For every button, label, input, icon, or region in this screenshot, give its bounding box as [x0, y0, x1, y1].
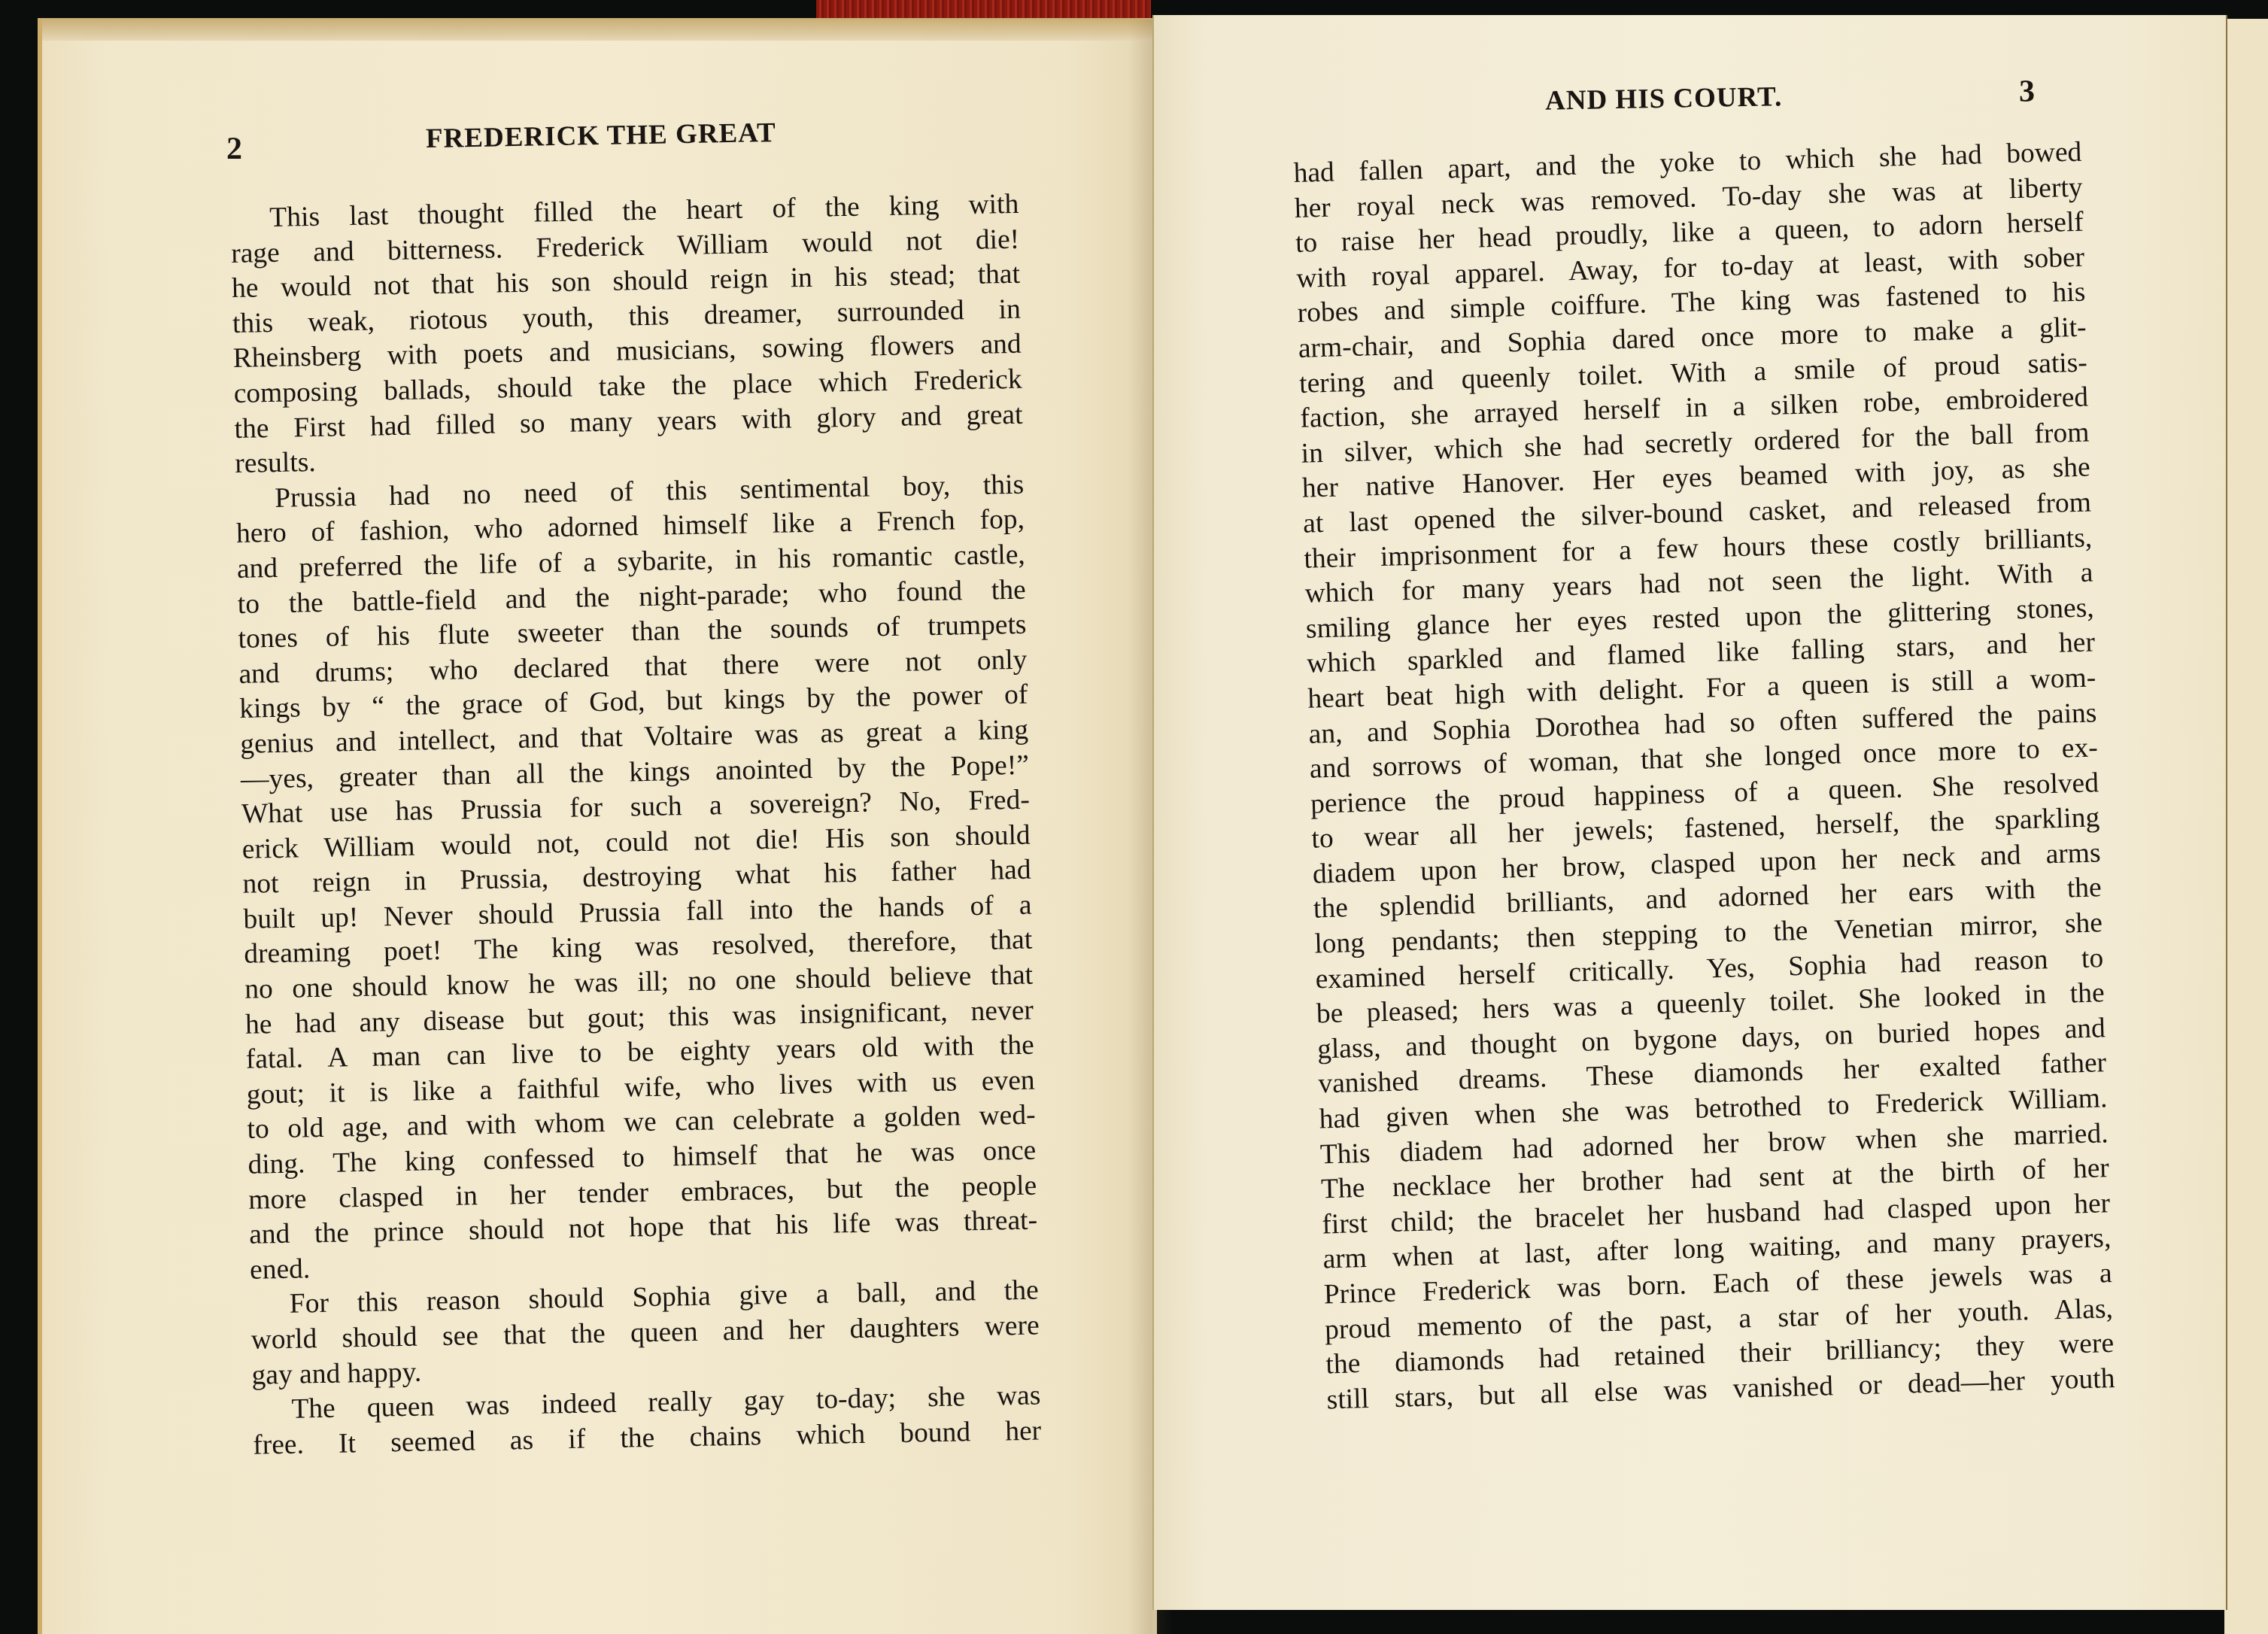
left-page: 2 FREDERICK THE GREAT This last thought … [38, 18, 1157, 1634]
book-cover-cloth [816, 0, 1151, 20]
right-page-text: had fallen apart, and the yoke to which … [1293, 135, 2115, 1418]
running-head-right: AND HIS COURT. [1545, 80, 1783, 117]
right-page: AND HIS COURT. 3 had fallen apart, and t… [1152, 15, 2227, 1610]
page-top-edge [42, 18, 1157, 41]
page-number-right: 3 [2019, 74, 2035, 110]
page-number-left: 2 [226, 131, 242, 167]
left-page-text: This last thought filled the heart of th… [230, 187, 1042, 1463]
running-head-left: FREDERICK THE GREAT [426, 117, 777, 155]
underlying-page-edge [2224, 19, 2268, 1634]
